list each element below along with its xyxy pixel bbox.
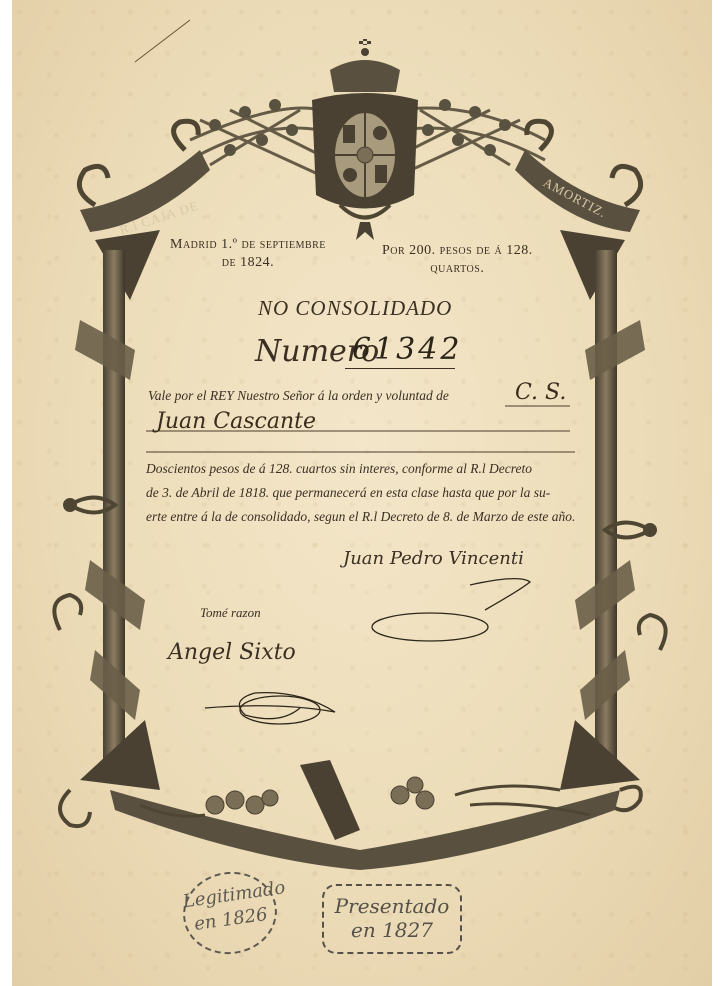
trophy-garland-icon (110, 760, 620, 870)
body-text-line-1: Doscientos pesos de á 128. cuartos sin i… (146, 461, 532, 477)
presentado-stamp-line-2: en 1827 (324, 918, 460, 942)
issue-date-line-1: Madrid 1.º de septiembre (170, 236, 326, 254)
presentado-stamp-line-1: Presentado (324, 894, 460, 918)
issue-date: Madrid 1.º de septiembre de 1824. (170, 236, 326, 272)
registrar-signature: Angel Sixto (168, 640, 296, 665)
issuer-signature: Juan Pedro Vincenti (343, 548, 524, 569)
body-text-line-3: erte entre á la de consolidado, segun el… (146, 509, 575, 525)
number-underline (345, 368, 455, 369)
issue-date-line-2: de 1824. (170, 254, 326, 272)
face-amount: Por 200. pesos de á 128. quartos. (382, 242, 533, 278)
presentado-stamp: Presentado en 1827 (322, 884, 462, 954)
vale-clause: Vale por el REY Nuestro Señor á la orden… (148, 388, 449, 404)
payee-name: Juan Cascante (156, 409, 316, 434)
document-title: NO CONSOLIDADO (258, 296, 452, 321)
payee-prefix: C. S. (515, 380, 566, 405)
body-text-line-2: de 3. de Abril de 1818. que permanecerá … (146, 485, 550, 501)
pencil-mark (135, 20, 190, 62)
tome-razon-label: Tomé razon (200, 605, 261, 621)
certificate-number: 61342 (352, 332, 462, 367)
face-amount-line-1: Por 200. pesos de á 128. (382, 242, 533, 260)
royal-crest-icon (312, 39, 418, 240)
face-amount-line-2: quartos. (382, 260, 533, 278)
